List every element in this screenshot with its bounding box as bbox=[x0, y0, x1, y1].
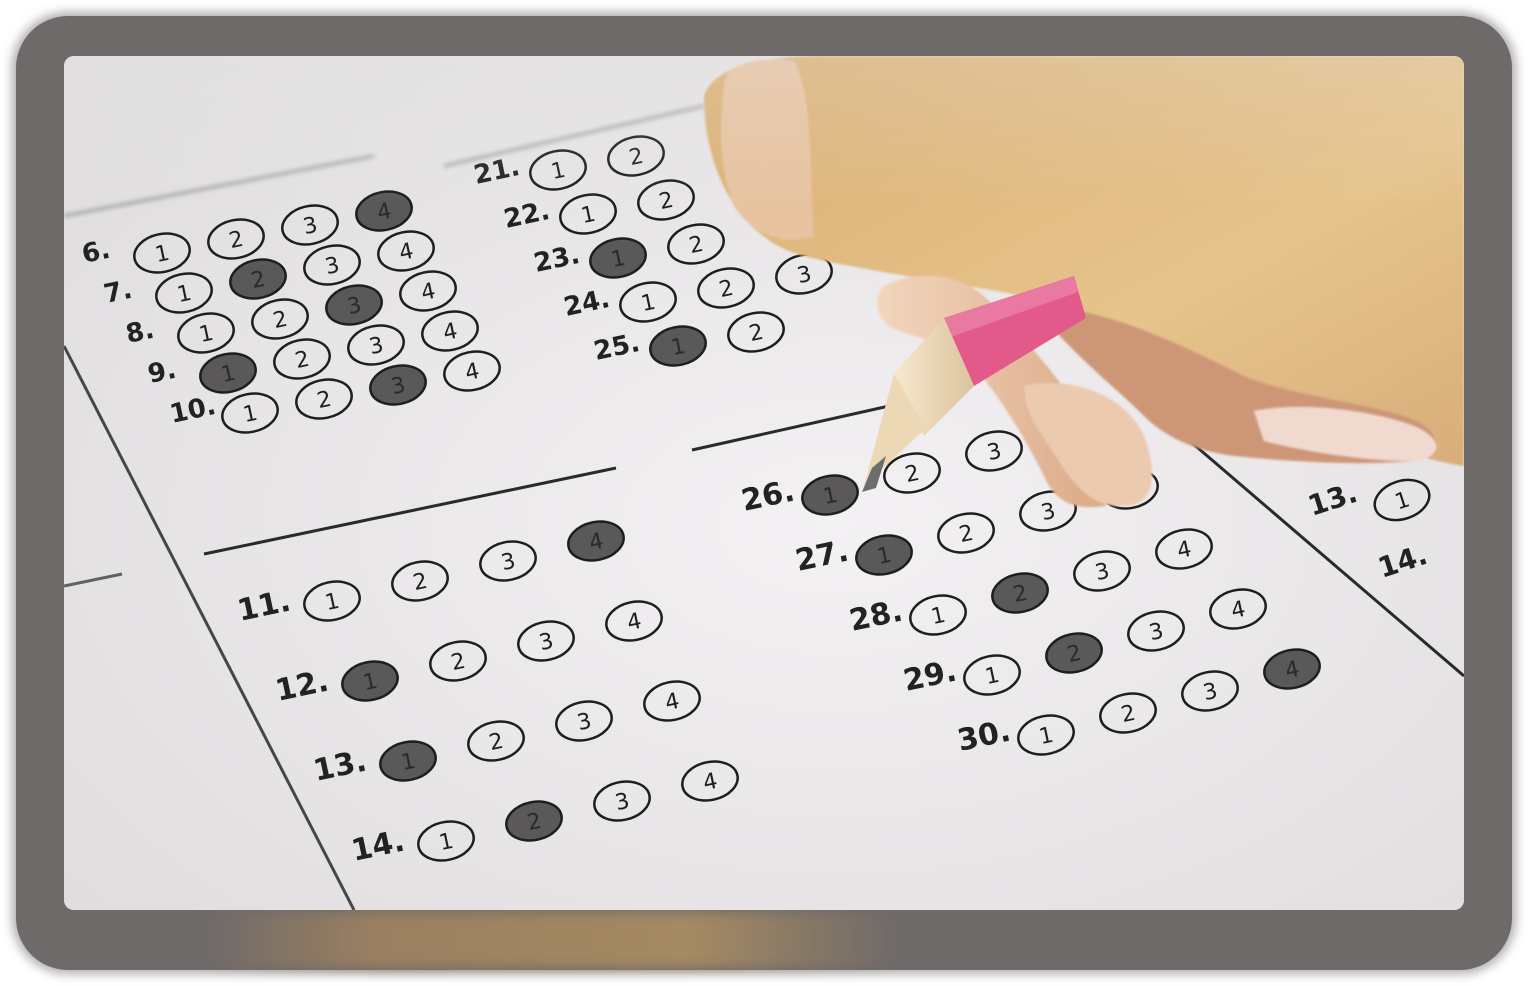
frame-reflection bbox=[200, 912, 900, 968]
photo-scene: 6.12347.12348.12349.123410.123421.1222.1… bbox=[64, 56, 1464, 910]
answer-sheet-photo: 6.12347.12348.12349.123410.123421.1222.1… bbox=[64, 56, 1464, 910]
